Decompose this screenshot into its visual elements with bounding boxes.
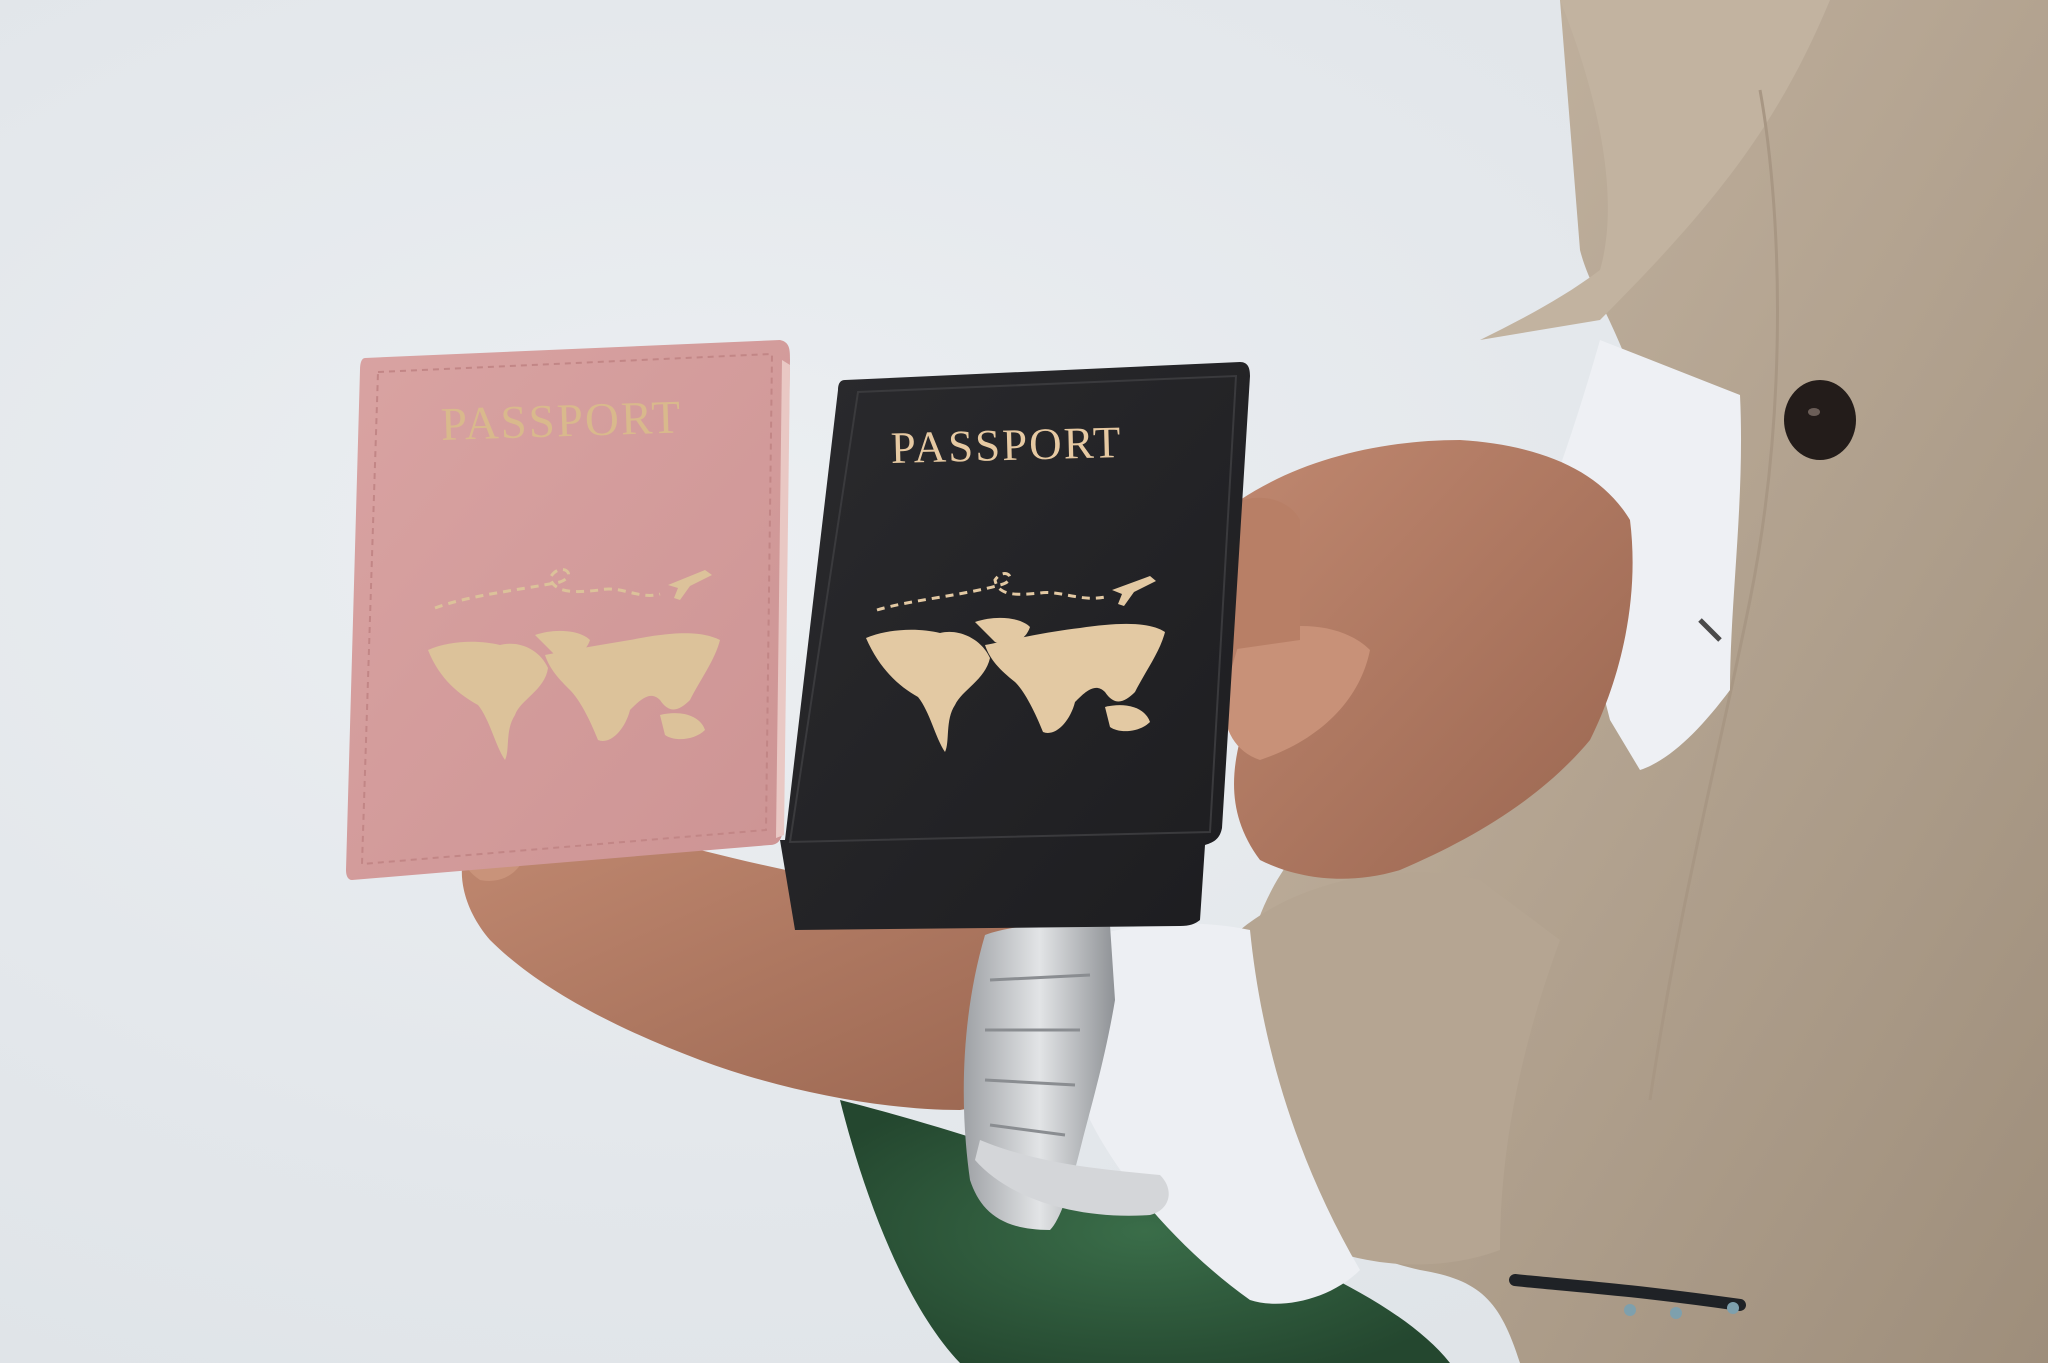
photo-illustration [0,0,2048,1363]
photo-scene: PASSPORT PASSPORT [0,0,2048,1363]
black-passport-title: PASSPORT [890,416,1123,474]
pink-passport-title: PASSPORT [440,390,683,452]
jacket-button [1784,380,1856,460]
